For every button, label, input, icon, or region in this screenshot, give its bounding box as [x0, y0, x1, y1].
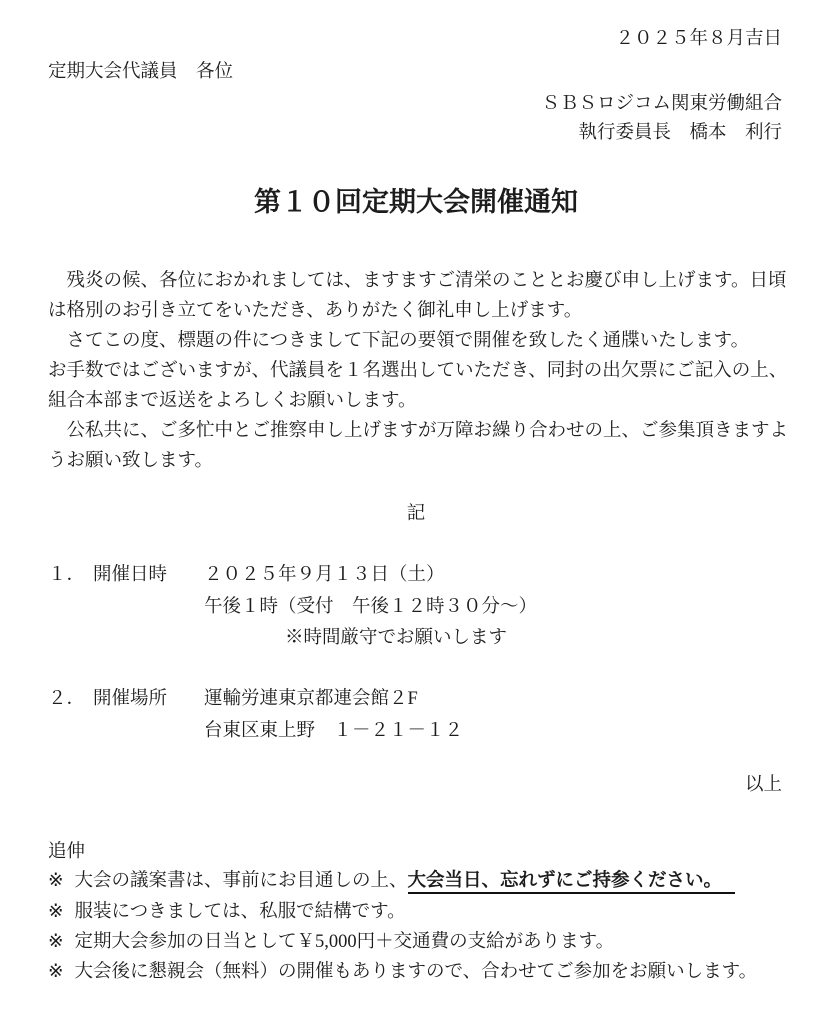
- postscript-heading: 追伸: [48, 837, 85, 867]
- postscript-item: ※定期大会参加の日当として￥5,000円＋交通費の支給があります。: [48, 927, 614, 958]
- body-text: 残炎の候、各位におかれましては、ますますご清栄のこととお慶び申し上げます。日頃 …: [48, 266, 788, 476]
- item-value-line: 運輸労連東京都連会館２F: [204, 684, 463, 716]
- item-values: ２０２５年９月１３日（土） 午後１時（受付 午後１２時３０分～） ※時間厳守でお…: [204, 560, 537, 655]
- body-line: 組合本部まで返送をよろしくお願いします。: [48, 386, 788, 416]
- item-label: 開催日時: [93, 565, 167, 585]
- item-value-line: 午後１時（受付 午後１２時３０分～）: [204, 592, 537, 624]
- asterisk-marker: ※: [48, 902, 64, 922]
- sender-chairman-name: 執行委員長 橋本 利行: [578, 118, 782, 148]
- postscript-item: ※大会の議案書は、事前にお目通しの上、大会当日、忘れずにご持参ください。: [48, 866, 735, 897]
- closing-marker: 以上: [745, 770, 782, 800]
- item-value-line: 台東区東上野 １－２１－１２: [204, 716, 463, 748]
- body-line: うお願い致します。: [48, 446, 788, 476]
- asterisk-marker: ※: [48, 871, 64, 891]
- postscript-item: ※服装につきましては、私服で結構です。: [48, 897, 406, 928]
- body-line: 公私共に、ご多忙中とご推察申し上げますが万障お繰り合わせの上、ご参集頂きますよ: [48, 416, 788, 446]
- agenda-item-venue: ２．開催場所 運輸労連東京都連会館２F 台東区東上野 １－２１－１２: [48, 684, 463, 747]
- postscript-item: ※大会後に懇親会（無料）の開催もありますので、合わせてご参加をお願いします。: [48, 957, 757, 988]
- item-note: ※時間厳守でお願いします: [285, 623, 537, 655]
- body-line: は格別のお引き立てをいただき、ありがたく御礼申し上げます。: [48, 296, 788, 326]
- document-title: 第１０回定期大会開催通知: [0, 184, 832, 220]
- item-heading: １．開催日時: [48, 560, 204, 592]
- date-line: ２０２５年８月吉日: [615, 24, 782, 54]
- document-page: ２０２５年８月吉日 定期大会代議員 各位 ＳＢＳロジコム関東労働組合 執行委員長…: [0, 0, 832, 1013]
- item-number: ２．: [48, 689, 85, 709]
- sender-organization: ＳＢＳロジコム関東労働組合: [541, 89, 782, 119]
- asterisk-marker: ※: [48, 962, 64, 982]
- body-line: お手数ではございますが、代議員を１名選出していただき、同封の出欠票にご記入の上、: [48, 356, 788, 386]
- item-heading: ２．開催場所: [48, 684, 204, 716]
- postscript-text: 大会の議案書は、事前にお目通しの上、: [75, 871, 408, 891]
- agenda-item-datetime: １．開催日時 ２０２５年９月１３日（土） 午後１時（受付 午後１２時３０分～） …: [48, 560, 537, 655]
- postscript-text: 定期大会参加の日当として￥5,000円＋交通費の支給があります。: [75, 932, 615, 952]
- postscript-text: 服装につきましては、私服で結構です。: [75, 902, 406, 922]
- postscript-text: 大会後に懇親会（無料）の開催もありますので、合わせてご参加をお願いします。: [75, 962, 758, 982]
- body-line: さてこの度、標題の件につきまして下記の要領で開催を致したく通牒いたします。: [48, 326, 788, 356]
- item-number: １．: [48, 565, 85, 585]
- postscript-emphasis: 大会当日、忘れずにご持参ください。: [408, 871, 736, 894]
- item-value-line: ２０２５年９月１３日（土）: [204, 560, 537, 592]
- asterisk-marker: ※: [48, 932, 64, 952]
- item-label: 開催場所: [93, 689, 167, 709]
- recipient-line: 定期大会代議員 各位: [48, 57, 233, 87]
- ki-marker: 記: [0, 499, 832, 529]
- body-line: 残炎の候、各位におかれましては、ますますご清栄のこととお慶び申し上げます。日頃: [48, 266, 788, 296]
- item-values: 運輸労連東京都連会館２F 台東区東上野 １－２１－１２: [204, 684, 463, 747]
